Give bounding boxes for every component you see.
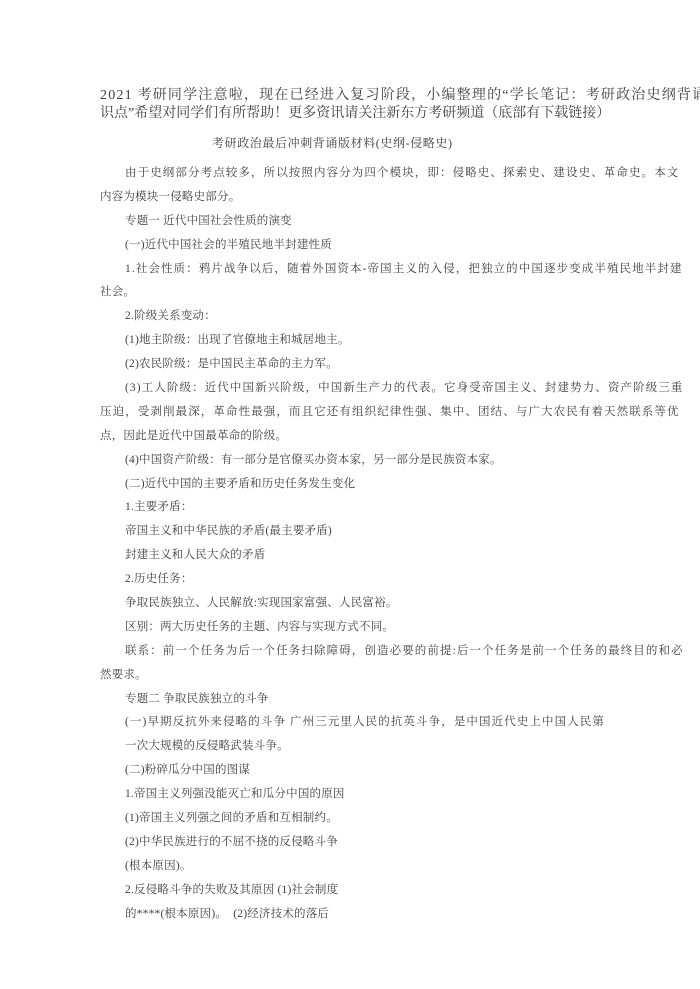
text-line: 1.帝国主义列强没能灭亡和瓜分中国的原因 (100, 783, 700, 807)
text-line: 点，因此是近代中国最革命的阶级。 (100, 425, 700, 449)
text-line: (1)地主阶级：出现了官僚地主和城居地主。 (100, 329, 700, 353)
text-line: 社会。 (100, 281, 700, 305)
text-line: 的****(根本原因)。 (2)经济技术的落后 (100, 903, 700, 927)
text-line: 联系：前一个任务为后一个任务扫除障碍，创造必要的前提:后一个任务是前一个任务的最… (100, 640, 700, 664)
text-line: 由于史纲部分考点较多，所以按照内容分为四个模块，即：侵略史、探索史、建设史、革命… (100, 162, 700, 186)
text-line: (3)工人阶级：近代中国新兴阶级，中国新生产力的代表。它身受帝国主义、封建势力、… (100, 377, 700, 401)
document-page: 2021 考研同学注意啦，现在已经进入复习阶段，小编整理的“学长笔记：考研政治史… (0, 0, 700, 989)
document-body: 由于史纲部分考点较多，所以按照内容分为四个模块，即：侵略史、探索史、建设史、革命… (100, 162, 700, 927)
text-line: 一次大规模的反侵略武装斗争。 (100, 735, 700, 759)
text-line: 专题一 近代中国社会性质的演变 (100, 210, 700, 234)
text-line: 封建主义和人民大众的矛盾 (100, 544, 700, 568)
document-title: 考研政治最后冲刺背诵版材料(史纲-侵略史) (212, 134, 700, 152)
text-line: (根本原因)。 (100, 855, 700, 879)
text-line: (二)近代中国的主要矛盾和历史任务发生变化 (100, 473, 700, 497)
text-line: (4)中国资产阶级：有一部分是官僚买办资本家，另一部分是民族资本家。 (100, 449, 700, 473)
text-line: 然要求。 (100, 664, 700, 688)
text-line: (二)粉碎瓜分中国的图谋 (100, 759, 700, 783)
text-line: 2.反侵略斗争的失败及其原因 (1)社会制度 (100, 879, 700, 903)
text-line: 区别：两大历史任务的主题、内容与实现方式不同。 (100, 616, 700, 640)
text-line: 2.历史任务： (100, 568, 700, 592)
intro-line: 2021 考研同学注意啦，现在已经进入复习阶段，小编整理的“学长笔记：考研政治史… (100, 87, 700, 105)
text-line: (一)早期反抗外来侵略的斗争 广州三元里人民的抗英斗争，是中国近代史上中国人民第 (100, 711, 700, 735)
text-line: 争取民族独立、人民解放:实现国家富强、人民富裕。 (100, 592, 700, 616)
text-line: (1)帝国主义列强之间的矛盾和互相制约。 (100, 807, 700, 831)
text-line: 专题二 争取民族独立的斗争 (100, 688, 700, 712)
intro-line: 识点”希望对同学们有所帮助！更多资讯请关注新东方考研频道（底部有下载链接） (100, 105, 700, 123)
text-line: 压迫，受剥削最深，革命性最强，而且它还有组织纪律性强、集中、团结、与广大农民有着… (100, 401, 700, 425)
text-line: (2)农民阶级：是中国民主革命的主力军。 (100, 353, 700, 377)
text-line: 2.阶级关系变动： (100, 305, 700, 329)
text-line: (一)近代中国社会的半殖民地半封建性质 (100, 234, 700, 258)
text-line: 1.社会性质：鸦片战争以后，随着外国资本-帝国主义的入侵，把独立的中国逐步变成半… (100, 258, 700, 282)
text-line: 内容为模块一侵略史部分。 (100, 186, 700, 210)
intro-paragraph: 2021 考研同学注意啦，现在已经进入复习阶段，小编整理的“学长笔记：考研政治史… (100, 87, 700, 123)
text-line: 1.主要矛盾： (100, 496, 700, 520)
text-line: (2)中华民族进行的不屈不挠的反侵略斗争 (100, 831, 700, 855)
text-line: 帝国主义和中华民族的矛盾(最主要矛盾) (100, 520, 700, 544)
